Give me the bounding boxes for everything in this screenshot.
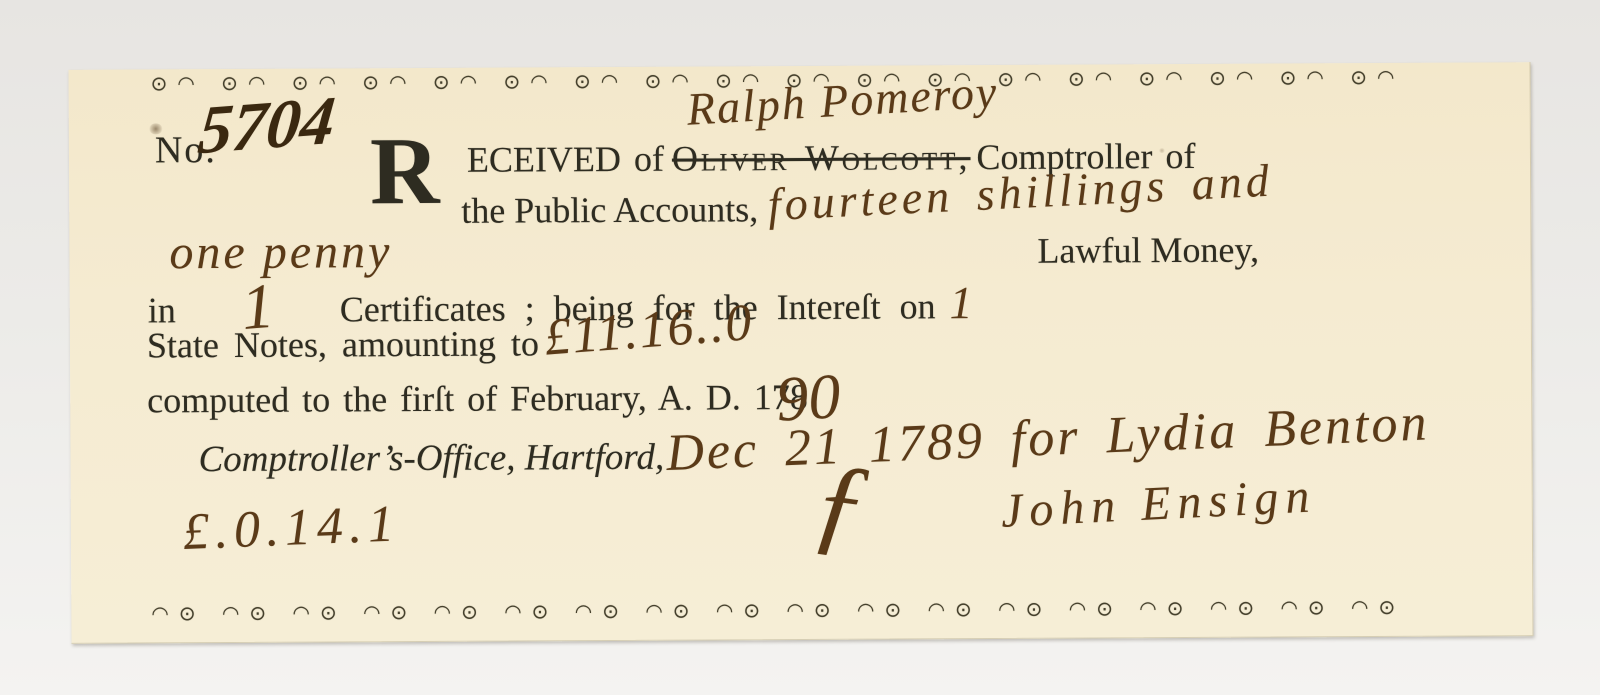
lawful-money-text: Lawful Money, [1037,232,1259,269]
comptrollers-office-text: Comptroller’s-Office, Hartford, [198,437,664,480]
receipt-paper: ⊙◠ ⊙◠ ⊙◠ ⊙◠ ⊙◠ ⊙◠ ⊙◠ ⊙◠ ⊙◠ ⊙◠ ⊙◠ ⊙◠ ⊙◠ ⊙… [69,62,1534,644]
photo-background: { "document_kind": "Printed interest rec… [0,0,1600,695]
bottom-ornament-border: ◠⊙ ◠⊙ ◠⊙ ◠⊙ ◠⊙ ◠⊙ ◠⊙ ◠⊙ ◠⊙ ◠⊙ ◠⊙ ◠⊙ ◠⊙ ◠… [151,595,1411,636]
notes-count: 1 [949,280,972,326]
total-amount-figures: £.0.14.1 [182,498,401,559]
computed-date-line: computed to the firſt of February, A. D.… [147,356,840,424]
public-accounts-text: the Public Accounts, [461,189,758,231]
signature-john-ensign: John Ensign [1000,472,1318,535]
receipt-number-value: 5704 [196,85,338,164]
public-accounts-line: the Public Accounts,fourteen shillings a… [461,181,1273,231]
amount-in-figures: £11.16..0 [543,297,755,365]
computed-february-text: computed to the firſt of February, A. D.… [147,377,808,420]
dropcap-r: R [370,130,440,212]
received-of-text: ECEIVED of [467,139,664,180]
